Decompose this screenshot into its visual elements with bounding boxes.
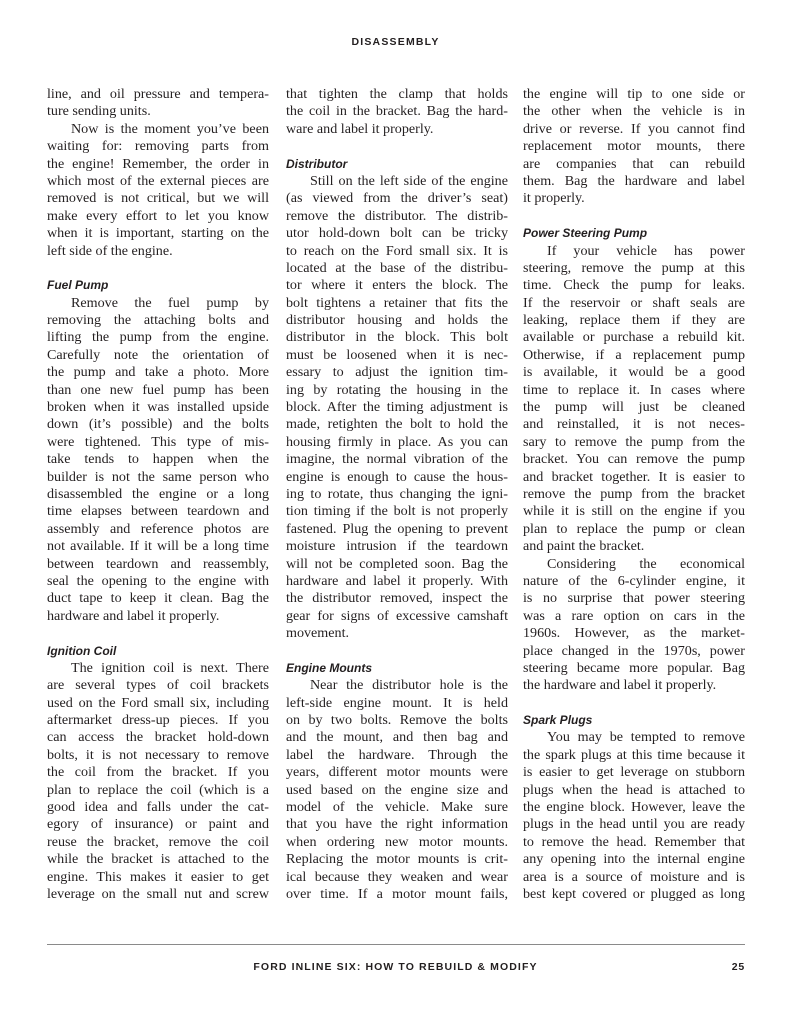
text-line: steering, remove the pump at this [523, 260, 745, 277]
text-line: movement. [286, 625, 508, 642]
text-line: are companies that can rebuild [523, 156, 745, 173]
text-line: must be loosened when it is nec- [286, 347, 508, 364]
text-line: You may be tempted to remove [523, 729, 745, 746]
text-line: seal the opening to the engine with [47, 573, 269, 590]
text-line: egory of insurance) or paint and [47, 816, 269, 833]
text-line: builder is not the same person who [47, 469, 269, 486]
text-line: leverage on the small nut and screw [47, 886, 269, 903]
text-line: 1960s. However, as the market- [523, 625, 745, 642]
text-line: that you have the right information [286, 816, 508, 833]
text-line: which most of the external pieces are [47, 173, 269, 190]
text-line: drive or reverse. If you cannot find [523, 121, 745, 138]
text-line: plugs when the head is attached to [523, 782, 745, 799]
text-line: gear for signs of excessive camshaft [286, 608, 508, 625]
text-line: engine. This makes it easier to get [47, 869, 269, 886]
text-line: removing the attaching bolts and [47, 312, 269, 329]
text-line: time. Check the pump for leaks. [523, 277, 745, 294]
text-line: utor hold-down bolt can be tricky [286, 225, 508, 242]
text-line: If the reservoir or shaft seals are [523, 295, 745, 312]
text-line: are several types of coil brackets [47, 677, 269, 694]
text-line: sary to remove the pump from the [523, 434, 745, 451]
text-line: distributor in the block. This bolt [286, 329, 508, 346]
text-line: essary to adjust the ignition tim- [286, 364, 508, 381]
text-line: and paint the bracket. [523, 538, 745, 555]
section-heading: Ignition Coil [47, 643, 269, 660]
text-line: fastened. Plug the opening to prevent [286, 521, 508, 538]
text-line: plan to replace the pump or clean [523, 521, 745, 538]
text-line: the pump and take a photo. More [47, 364, 269, 381]
text-line: any opening into the internal engine [523, 851, 745, 868]
text-line: while it is still on the engine if you [523, 503, 745, 520]
text-line: the other when the vehicle is in [523, 103, 745, 120]
text-line: ing to rotate, thus changing the igni- [286, 486, 508, 503]
section-spacer [286, 138, 508, 155]
text-line: down (it’s possible) and the bolts [47, 416, 269, 433]
text-line: when ordering new motor mounts. [286, 834, 508, 851]
text-line: housing firmly in place. As you can [286, 434, 508, 451]
footer-book-title: FORD INLINE SIX: HOW TO REBUILD & MODIFY [0, 961, 791, 973]
text-column-2: that tighten the clamp that holdsthe coi… [286, 86, 508, 903]
paragraph: If your vehicle has powersteering, remov… [523, 243, 745, 556]
section-heading: Power Steering Pump [523, 225, 745, 242]
text-line: assembly and reference photos are [47, 521, 269, 538]
text-line: good idea and falls under the cat- [47, 799, 269, 816]
text-line: the coil from the bracket. If you [47, 764, 269, 781]
text-line: engine is enough to cause the hous- [286, 469, 508, 486]
text-line: hardware and label it properly. With [286, 573, 508, 590]
text-line: used based on the engine size and [286, 782, 508, 799]
text-line: tor where it enters the block. The [286, 277, 508, 294]
text-line: replacement motor mounts, there [523, 138, 745, 155]
text-line: remove the distributor. The distrib- [286, 208, 508, 225]
text-line: is easier to get leverage on stubborn [523, 764, 745, 781]
text-line: between teardown and reassembly, [47, 556, 269, 573]
text-line: aftermarket dress-up pieces. If you [47, 712, 269, 729]
text-line: block. After the timing adjustment is [286, 399, 508, 416]
section-spacer [286, 643, 508, 660]
text-line: was a rare option on cars in the [523, 608, 745, 625]
text-line: If your vehicle has power [523, 243, 745, 260]
text-line: the coil in the bracket. Bag the hard- [286, 103, 508, 120]
footer-divider [47, 944, 745, 945]
text-line: distributor housing and holds the [286, 312, 508, 329]
text-line: waiting for: removing parts from [47, 138, 269, 155]
paragraph: Still on the left side of the engine(as … [286, 173, 508, 643]
text-line: area is a source of moisture and is [523, 869, 745, 886]
section-heading: Fuel Pump [47, 277, 269, 294]
paragraph: Considering the economicalnature of the … [523, 556, 745, 695]
text-line: and bracket together. It is easier to [523, 469, 745, 486]
section-spacer [523, 208, 745, 225]
text-line: model of the vehicle. Make sure [286, 799, 508, 816]
text-line: the spark plugs at this time because it [523, 747, 745, 764]
section-spacer [523, 695, 745, 712]
text-line: take tends to happen when the [47, 451, 269, 468]
paragraph: The ignition coil is next. Thereare seve… [47, 660, 269, 903]
section-spacer [47, 260, 269, 277]
text-line: steering became more popular. Bag [523, 660, 745, 677]
text-line: located at the base of the distribu- [286, 260, 508, 277]
section-heading: Distributor [286, 156, 508, 173]
text-line: time elapses between teardown and [47, 503, 269, 520]
text-line: Considering the economical [523, 556, 745, 573]
text-line: line, and oil pressure and tempera- [47, 86, 269, 103]
paragraph: line, and oil pressure and tempera-ture … [47, 86, 269, 121]
page-number: 25 [732, 961, 745, 973]
text-line: were tightened. This type of mis- [47, 434, 269, 451]
text-line: can access the bracket hold-down [47, 729, 269, 746]
text-line: the hardware and label it properly. [523, 677, 745, 694]
text-line: it properly. [523, 190, 745, 207]
text-line: Otherwise, if a replacement pump [523, 347, 745, 364]
paragraph: Remove the fuel pump byremoving the atta… [47, 295, 269, 625]
text-line: imagine, the normal vibration of the [286, 451, 508, 468]
text-line: duct tape to keep it clean. Bag the [47, 590, 269, 607]
text-line: than one new fuel pump has been [47, 382, 269, 399]
text-line: remove the pump from the bracket [523, 486, 745, 503]
text-line: on by two bolts. Remove the bolts [286, 712, 508, 729]
text-line: years, different motor mounts were [286, 764, 508, 781]
text-line: ical because they weaken and wear [286, 869, 508, 886]
text-line: broken when it was installed upside [47, 399, 269, 416]
text-line: and reinstalled, it is not neces- [523, 416, 745, 433]
text-line: the pump will just be cleaned [523, 399, 745, 416]
section-spacer [47, 625, 269, 642]
paragraph: Now is the moment you’ve beenwaiting for… [47, 121, 269, 260]
text-line: that tighten the clamp that holds [286, 86, 508, 103]
paragraph: You may be tempted to removethe spark pl… [523, 729, 745, 903]
text-line: removed is not critical, but we will [47, 190, 269, 207]
text-line: time to replace it. In cases where [523, 382, 745, 399]
text-line: Carefully note the orientation of [47, 347, 269, 364]
text-line: to reach on the Ford small six. It is [286, 243, 508, 260]
text-line: over time. If a motor mount fails, [286, 886, 508, 903]
text-line: reuse the bracket, remove the coil [47, 834, 269, 851]
text-line: lifting the pump from the engine. [47, 329, 269, 346]
text-line: them. Bag the hardware and label [523, 173, 745, 190]
text-line: not available. If it will be a long time [47, 538, 269, 555]
text-line: and the mount, and then bag and [286, 729, 508, 746]
text-line: hardware and label it properly. [47, 608, 269, 625]
text-line: The ignition coil is next. There [47, 660, 269, 677]
text-line: bracket. You can remove the pump [523, 451, 745, 468]
text-line: Near the distributor hole is the [286, 677, 508, 694]
text-line: (as viewed from the driver’s seat) [286, 190, 508, 207]
text-line: bolt tightens a retainer that fits the [286, 295, 508, 312]
text-line: plugs in the head until you are ready [523, 816, 745, 833]
text-line: ware and label it properly. [286, 121, 508, 138]
text-line: the engine will tip to one side or [523, 86, 745, 103]
text-line: Replacing the motor mounts is crit- [286, 851, 508, 868]
section-heading: Engine Mounts [286, 660, 508, 677]
text-line: used on the Ford small six, including [47, 695, 269, 712]
text-line: will not be completed soon. Bag the [286, 556, 508, 573]
text-line: the distributor removed, inspect the [286, 590, 508, 607]
text-line: Remove the fuel pump by [47, 295, 269, 312]
text-line: the engine block. However, leave the [523, 799, 745, 816]
paragraph: Near the distributor hole is theleft-sid… [286, 677, 508, 903]
text-line: place changed in the 1970s, power [523, 643, 745, 660]
text-line: Now is the moment you’ve been [47, 121, 269, 138]
text-line: nature of the 6-cylinder engine, it [523, 573, 745, 590]
text-line: disassembled the engine or a long [47, 486, 269, 503]
text-line: ing by rotating the housing in the [286, 382, 508, 399]
section-heading: Spark Plugs [523, 712, 745, 729]
running-head: DISASSEMBLY [0, 36, 791, 48]
text-line: the engine! Remember, the order in [47, 156, 269, 173]
text-line: label the hardware. Through the [286, 747, 508, 764]
text-line: is no surprise that power steering [523, 590, 745, 607]
text-line: left-side engine mount. It is held [286, 695, 508, 712]
paragraph: that tighten the clamp that holdsthe coi… [286, 86, 508, 138]
text-line: to remove the head. Remember that [523, 834, 745, 851]
text-column-1: line, and oil pressure and tempera-ture … [47, 86, 269, 903]
text-line: tion timing if the bolt is not properly [286, 503, 508, 520]
text-line: made, retighten the bolt to hold the [286, 416, 508, 433]
text-line: moisture intrusion if the teardown [286, 538, 508, 555]
text-line: best kept covered or plugged as long [523, 886, 745, 903]
text-line: Still on the left side of the engine [286, 173, 508, 190]
text-line: when it is important, starting on the [47, 225, 269, 242]
text-line: is available, it would be a good [523, 364, 745, 381]
text-column-3: the engine will tip to one side orthe ot… [523, 86, 745, 903]
text-line: left side of the engine. [47, 243, 269, 260]
text-line: plan to replace the coil (which is a [47, 782, 269, 799]
text-line: make every effort to let you know [47, 208, 269, 225]
text-line: bolts, it is not necessary to remove [47, 747, 269, 764]
text-line: ture sending units. [47, 103, 269, 120]
text-line: while the bracket is attached to the [47, 851, 269, 868]
text-line: leaking, replace them if they are [523, 312, 745, 329]
text-line: available or purchase a rebuild kit. [523, 329, 745, 346]
paragraph: the engine will tip to one side orthe ot… [523, 86, 745, 208]
